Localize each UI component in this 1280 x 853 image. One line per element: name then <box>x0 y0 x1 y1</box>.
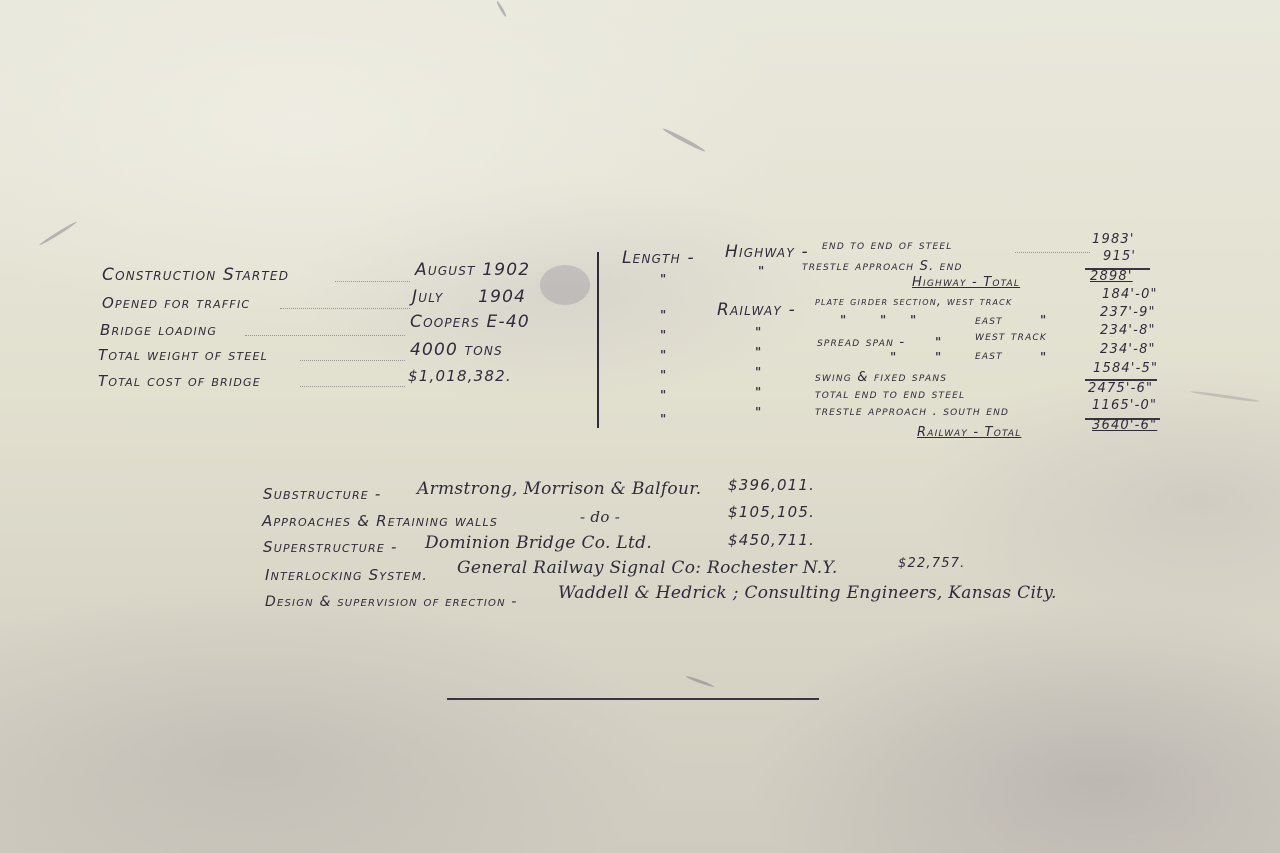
ditto-mark: " <box>660 388 666 402</box>
contractor-party-design: Waddell & Hedrick ; Consulting Engineers… <box>558 583 1057 603</box>
ditto-mark: " <box>880 313 886 327</box>
railway-row-plate-girder-east: east <box>975 313 1003 328</box>
summary-value-opened-for-traffic: July 1904 <box>412 287 526 307</box>
railway-row-swing-fixed-spans: swing & fixed spans <box>815 370 947 385</box>
railway-total-label: Railway - Total <box>917 425 1021 440</box>
paper-stain <box>540 265 590 305</box>
highway-value-trestle-approach: 915' <box>1103 249 1136 264</box>
contractor-label-substructure: Substructure - <box>263 485 382 503</box>
railway-value-spread-span-west: 234'-8" <box>1100 323 1156 338</box>
ditto-mark: " <box>660 368 666 382</box>
leader-dots <box>300 360 405 361</box>
railway-value-total-end-to-end: 2475'-6" <box>1088 381 1153 396</box>
leader-dots <box>245 335 405 336</box>
ditto-mark: " <box>1040 350 1046 364</box>
summary-value-total-cost-of-bridge: $1,018,382. <box>408 367 512 385</box>
summary-value-construction-started: August 1902 <box>415 260 530 280</box>
ditto-mark: " <box>660 348 666 362</box>
contractor-amount-interlocking: $22,757. <box>898 556 966 571</box>
railway-value-spread-span-east: 234'-8" <box>1100 342 1156 357</box>
contractor-label-interlocking: Interlocking System. <box>265 566 428 584</box>
leader-dots <box>300 386 405 387</box>
ditto-mark: " <box>660 272 666 286</box>
ditto-mark: " <box>755 345 761 359</box>
leader-dots <box>1015 252 1090 253</box>
column-divider-line <box>597 252 599 428</box>
summary-label-total-weight-of-steel: Total weight of steel <box>98 346 268 364</box>
ditto-mark: " <box>935 335 941 349</box>
railway-row-spread-span-east: east <box>975 348 1003 363</box>
ditto-mark: " <box>660 412 666 426</box>
ditto-mark: " <box>660 308 666 322</box>
railway-row-spread-span-west: west track <box>975 329 1047 344</box>
contractor-amount-substructure: $396,011. <box>728 476 815 494</box>
ditto-mark: " <box>935 350 941 364</box>
contractor-amount-superstructure: $450,711. <box>728 531 815 549</box>
length-heading: Length - <box>622 248 695 268</box>
summary-label-bridge-loading: Bridge loading <box>100 321 217 339</box>
summary-value-total-weight-of-steel: 4000 tons <box>410 340 503 360</box>
ditto-mark: " <box>755 325 761 339</box>
aged-paper-background <box>0 0 1280 853</box>
railway-total-value: 3640'-6" <box>1092 418 1157 433</box>
contractor-party-approaches: - do - <box>580 508 620 526</box>
ditto-mark: " <box>755 405 761 419</box>
railway-value-plate-girder-east: 237'-9" <box>1100 305 1156 320</box>
contractor-party-interlocking: General Railway Signal Co: Rochester N.Y… <box>457 558 838 578</box>
ditto-mark: " <box>890 350 896 364</box>
leader-dots <box>280 308 410 309</box>
summary-label-total-cost-of-bridge: Total cost of bridge <box>98 372 261 390</box>
railway-heading: Railway - <box>717 300 796 320</box>
ditto-mark: " <box>1040 313 1046 327</box>
contractor-label-superstructure: Superstructure - <box>263 538 398 556</box>
ditto-mark: " <box>910 313 916 327</box>
leader-dots <box>335 281 410 282</box>
contractor-party-substructure: Armstrong, Morrison & Balfour. <box>417 479 701 499</box>
highway-total-label: Highway - Total <box>912 275 1020 290</box>
highway-value-end-to-end: 1983' <box>1092 232 1135 247</box>
ditto-mark: " <box>660 328 666 342</box>
contractor-label-design: Design & supervision of erection - <box>265 594 518 610</box>
contractor-party-superstructure: Dominion Bridge Co. Ltd. <box>425 533 652 553</box>
ditto-mark: " <box>755 385 761 399</box>
highway-row-trestle-approach: trestle approach S. end <box>802 259 963 274</box>
ditto-mark: " <box>840 313 846 327</box>
highway-heading: Highway - <box>725 242 809 262</box>
highway-total-value: 2898' <box>1090 269 1133 284</box>
contractor-label-approaches: Approaches & Retaining walls <box>262 512 498 530</box>
summary-label-opened-for-traffic: Opened for traffic <box>102 294 250 312</box>
railway-value-plate-girder-west: 184'-0" <box>1102 287 1158 302</box>
summary-value-bridge-loading: Coopers E-40 <box>410 312 530 332</box>
summary-label-construction-started: Construction Started <box>102 265 289 285</box>
ditto-mark: " <box>758 264 764 278</box>
railway-row-spread-span: spread span - <box>817 335 905 350</box>
ditto-mark: " <box>755 365 761 379</box>
contractor-amount-approaches: $105,105. <box>728 503 815 521</box>
signature-line <box>447 698 819 700</box>
railway-row-plate-girder-west: plate girder section, west track <box>815 294 1012 308</box>
railway-value-swing-fixed-spans: 1584'-5" <box>1093 361 1158 376</box>
highway-row-end-to-end: end to end of steel <box>822 238 952 253</box>
railway-row-total-end-to-end: total end to end steel <box>815 387 965 402</box>
railway-value-trestle-south: 1165'-0" <box>1092 398 1157 413</box>
railway-row-trestle-south: trestle approach . south end <box>815 404 1009 419</box>
